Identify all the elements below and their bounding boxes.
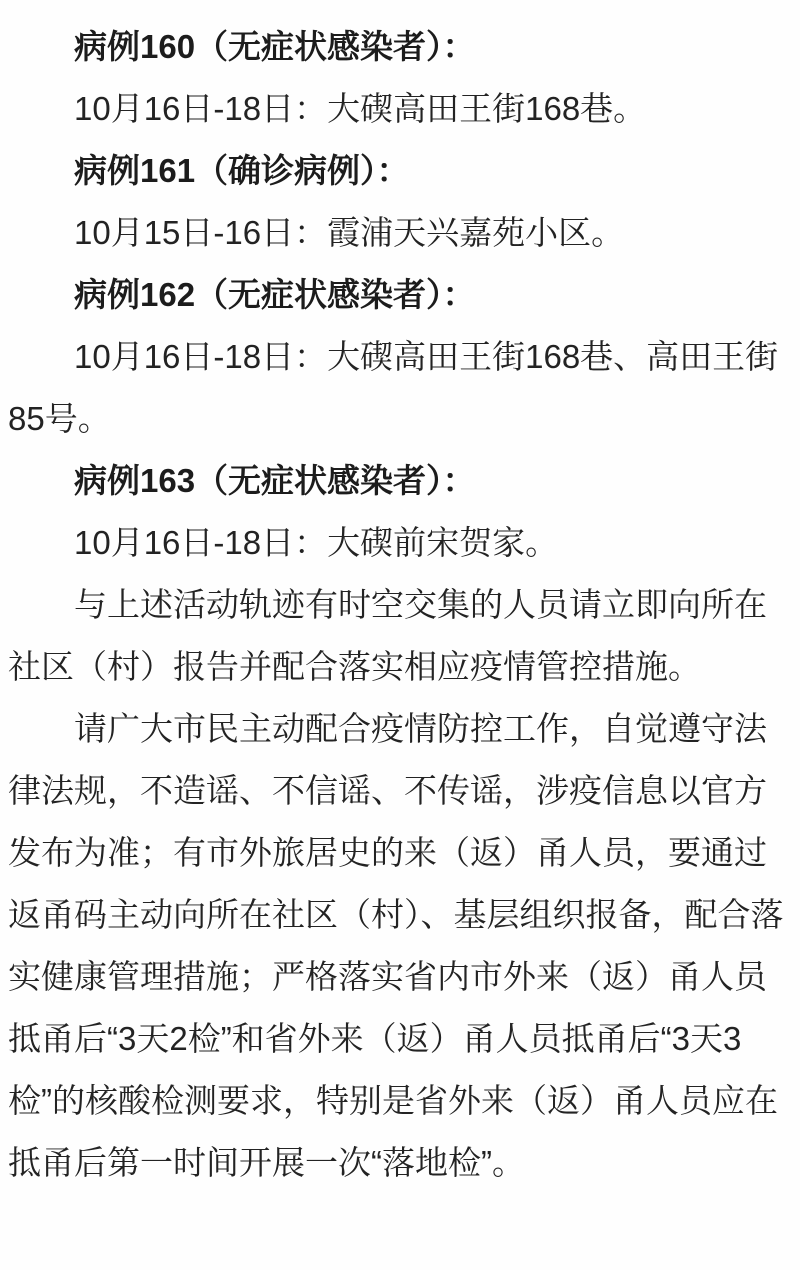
case-162-heading: 病例162（无症状感染者）： xyxy=(8,264,792,326)
case-162-track: 10月16日-18日：大碶高田王街168巷、高田王街85号。 xyxy=(8,326,792,450)
case-160-heading: 病例160（无症状感染者）： xyxy=(8,16,792,78)
case-160-track: 10月16日-18日：大碶高田王街168巷。 xyxy=(8,78,792,140)
overlap-report-notice: 与上述活动轨迹有时空交集的人员请立即向所在社区（村）报告并配合落实相应疫情管控措… xyxy=(8,574,792,698)
case-163-heading: 病例163（无症状感染者）： xyxy=(8,450,792,512)
notice-article-page: 病例160（无症状感染者）： 10月16日-18日：大碶高田王街168巷。 病例… xyxy=(0,0,800,1270)
case-161-track: 10月15日-16日：霞浦天兴嘉苑小区。 xyxy=(8,202,792,264)
case-161-heading: 病例161（确诊病例）： xyxy=(8,140,792,202)
public-guidance-notice: 请广大市民主动配合疫情防控工作，自觉遵守法律法规，不造谣、不信谣、不传谣，涉疫信… xyxy=(8,698,792,1194)
case-163-track: 10月16日-18日：大碶前宋贺家。 xyxy=(8,512,792,574)
